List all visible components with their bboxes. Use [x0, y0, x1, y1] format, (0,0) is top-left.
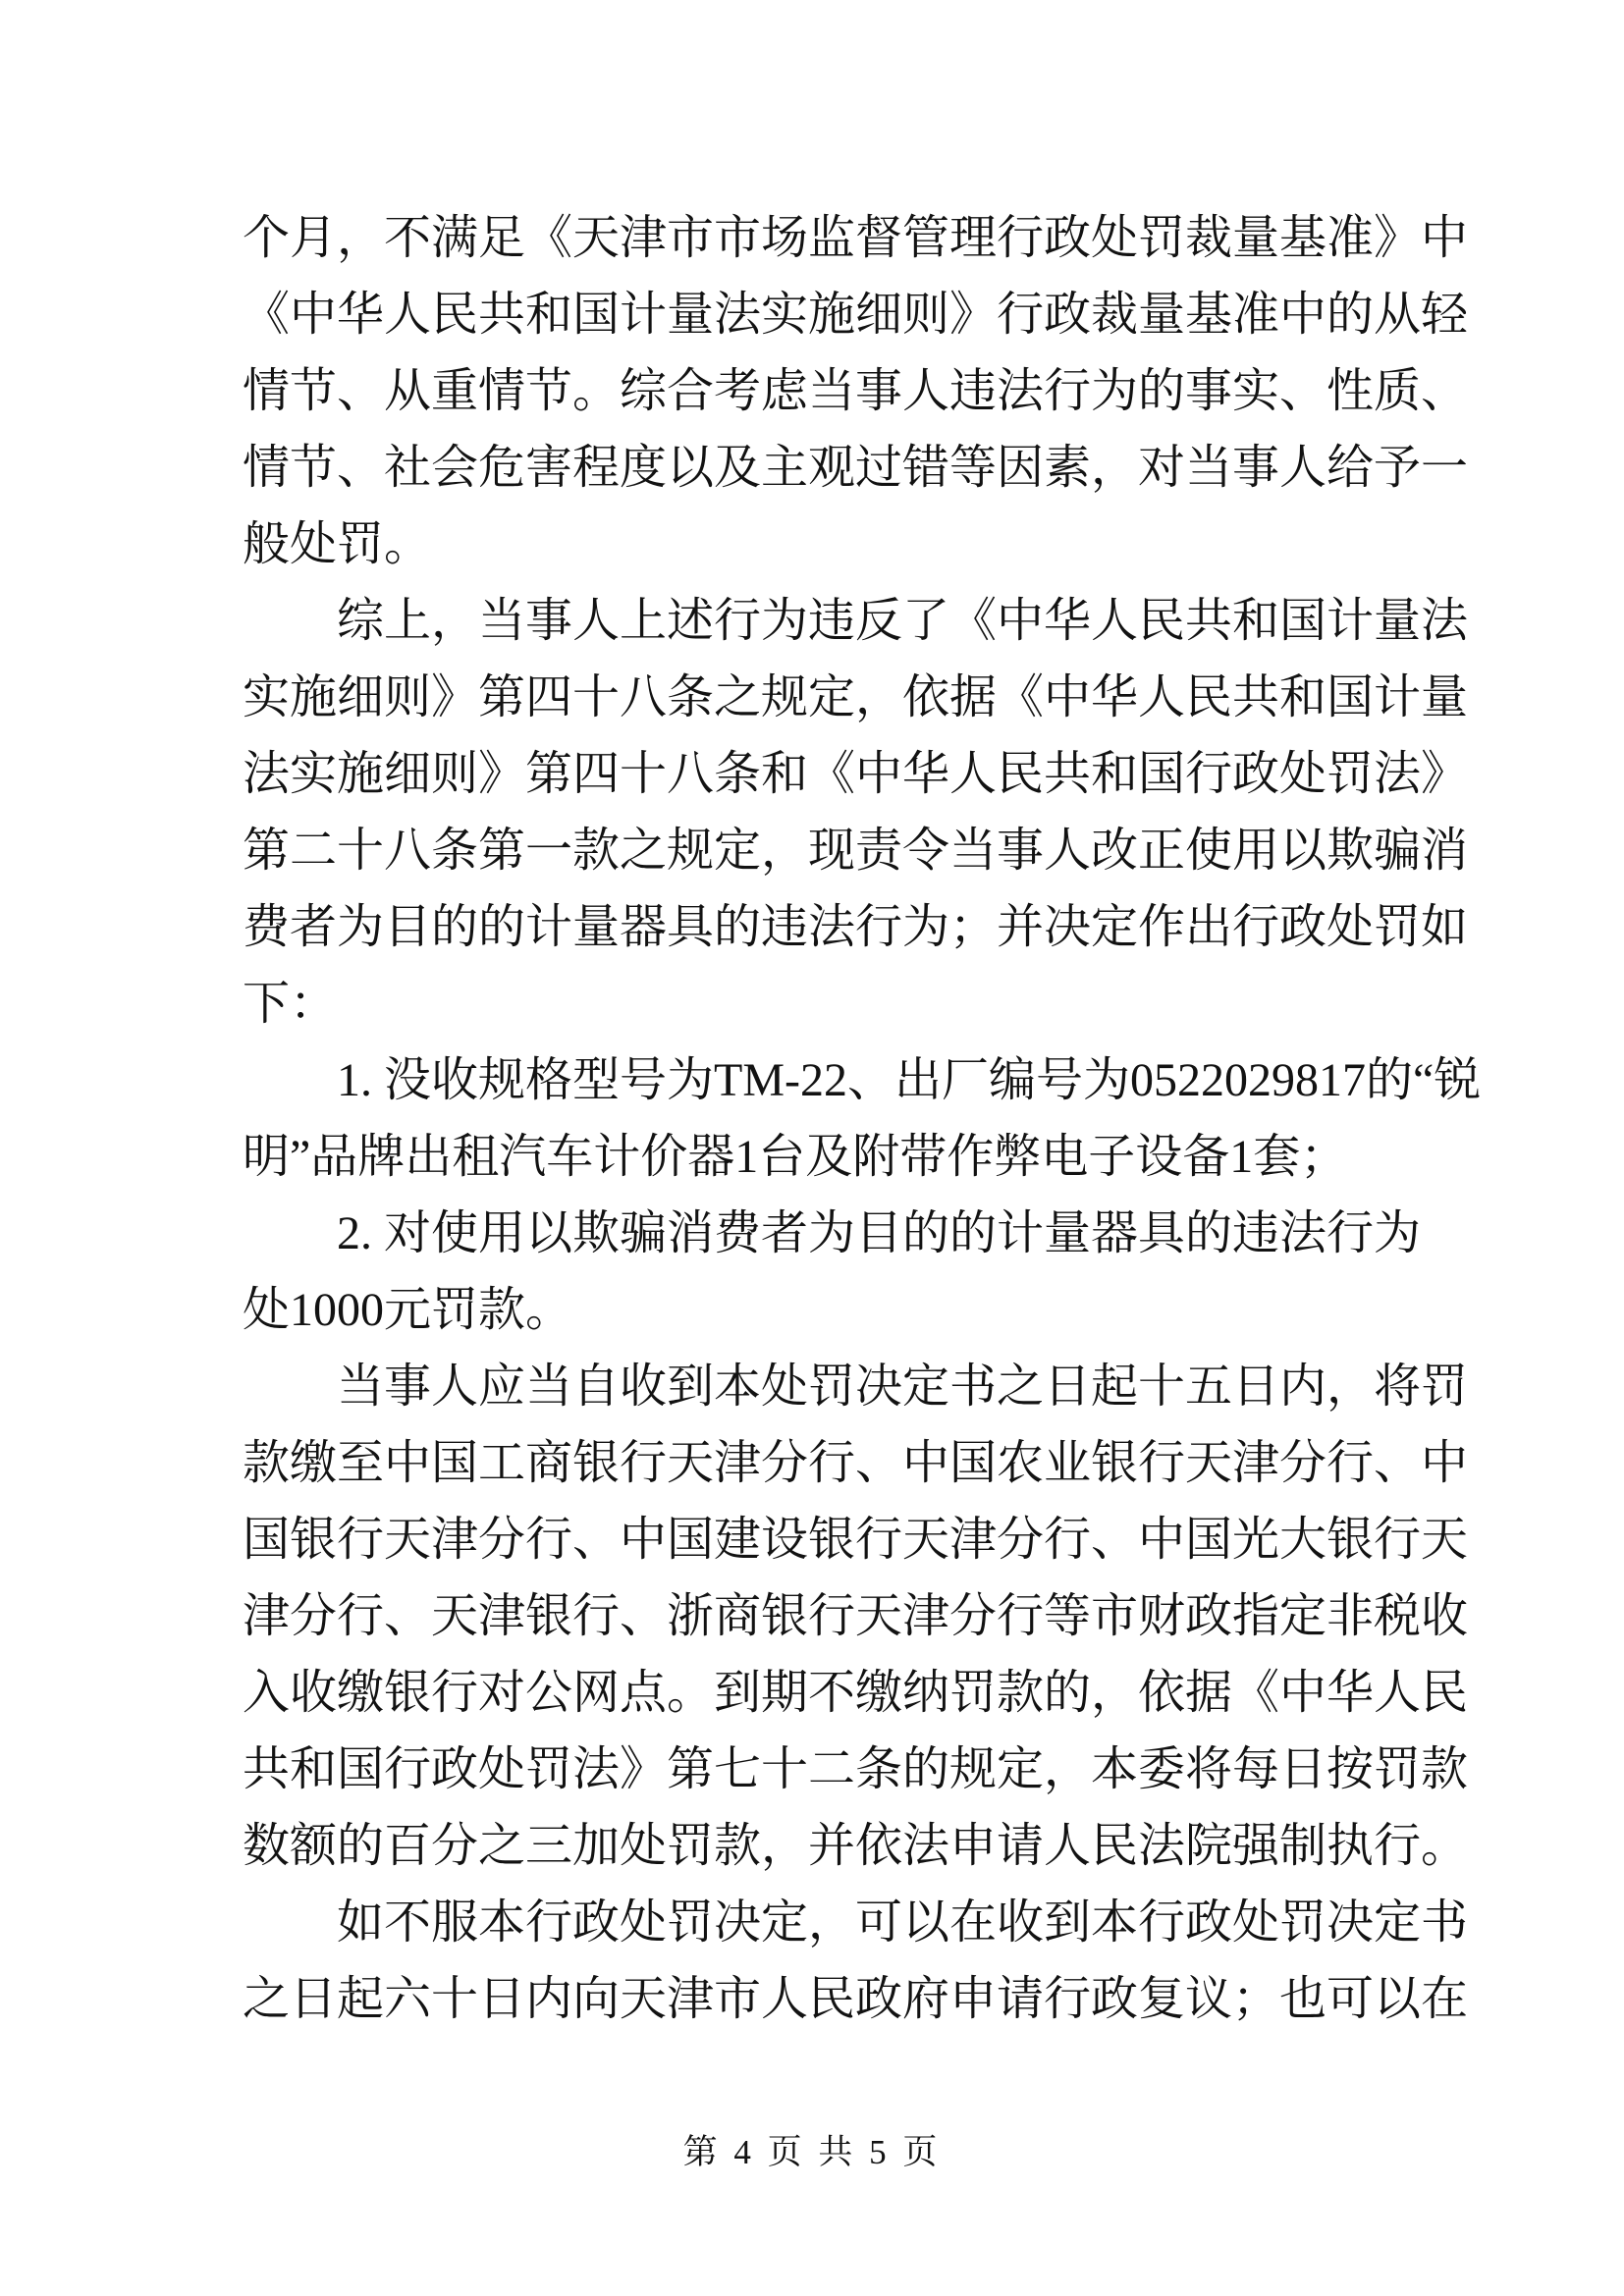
text-line: 共和国行政处罚法》第七十二条的规定，本委将每日按罚款	[243, 1732, 1378, 1808]
text-line: 实施细则》第四十八条之规定，依据《中华人民共和国计量	[243, 660, 1378, 736]
text-line: 法实施细则》第四十八条和《中华人民共和国行政处罚法》	[243, 736, 1378, 813]
text-line: 津分行、天津银行、浙商银行天津分行等市财政指定非税收	[243, 1578, 1378, 1655]
text-line: 个月，不满足《天津市市场监督管理行政处罚裁量基准》中	[243, 200, 1378, 277]
text-line: 入收缴银行对公网点。到期不缴纳罚款的，依据《中华人民	[243, 1655, 1378, 1732]
text-line: 情节、从重情节。综合考虑当事人违法行为的事实、性质、	[243, 353, 1378, 430]
text-line: 数额的百分之三加处罚款，并依法申请人民法院强制执行。	[243, 1808, 1378, 1885]
text-line: 综上，当事人上述行为违反了《中华人民共和国计量法	[243, 583, 1378, 660]
text-line-list-item-2: 2. 对使用以欺骗消费者为目的的计量器具的违法行为	[243, 1196, 1378, 1272]
text-line-list-item-1: 1. 没收规格型号为TM-22、出厂编号为0522029817的“锐	[243, 1042, 1378, 1119]
text-line: 处1000元罚款。	[243, 1272, 1378, 1349]
text-line: 情节、社会危害程度以及主观过错等因素，对当事人给予一	[243, 430, 1378, 507]
text-line: 如不服本行政处罚决定，可以在收到本行政处罚决定书	[243, 1885, 1378, 1961]
text-line: 《中华人民共和国计量法实施细则》行政裁量基准中的从轻	[243, 277, 1378, 353]
document-page: 个月，不满足《天津市市场监督管理行政处罚裁量基准》中 《中华人民共和国计量法实施…	[0, 0, 1624, 2296]
text-line: 下：	[243, 966, 1378, 1042]
text-line: 款缴至中国工商银行天津分行、中国农业银行天津分行、中	[243, 1425, 1378, 1502]
text-line: 明”品牌出租汽车计价器1台及附带作弊电子设备1套；	[243, 1119, 1378, 1196]
document-body: 个月，不满足《天津市市场监督管理行政处罚裁量基准》中 《中华人民共和国计量法实施…	[243, 200, 1378, 2038]
text-line: 之日起六十日内向天津市人民政府申请行政复议；也可以在	[243, 1961, 1378, 2038]
text-line: 第二十八条第一款之规定，现责令当事人改正使用以欺骗消	[243, 813, 1378, 889]
text-line: 当事人应当自收到本处罚决定书之日起十五日内，将罚	[243, 1349, 1378, 1425]
page-number-footer: 第 4 页 共 5 页	[0, 2128, 1624, 2177]
text-line: 费者为目的的计量器具的违法行为；并决定作出行政处罚如	[243, 889, 1378, 966]
text-line: 国银行天津分行、中国建设银行天津分行、中国光大银行天	[243, 1502, 1378, 1578]
text-line: 般处罚。	[243, 507, 1378, 583]
